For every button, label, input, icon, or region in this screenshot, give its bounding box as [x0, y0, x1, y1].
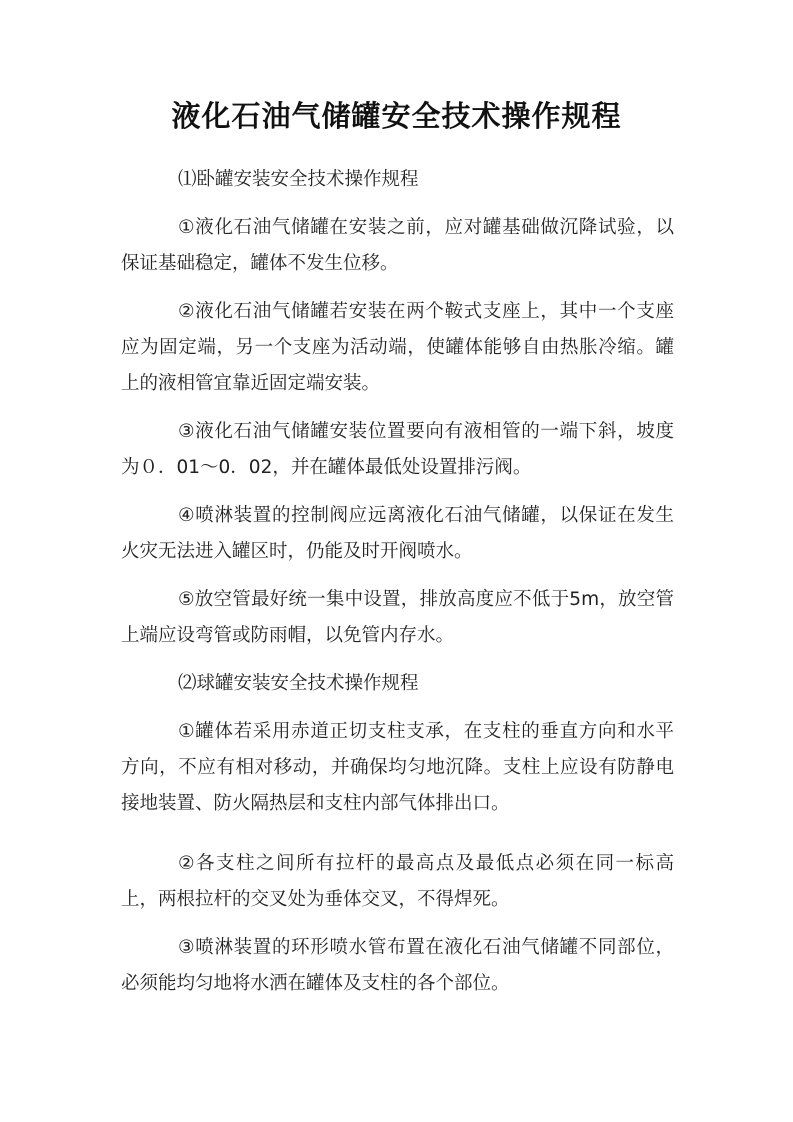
paragraph: ④喷淋装置的控制阀应远离液化石油气储罐，以保证在发生火灾无法进入罐区时，仍能及时…: [121, 498, 674, 570]
paragraph: ⑤放空管最好统一集中设置，排放高度应不低于5m，放空管上端应设弯管或防雨帽，以免…: [121, 582, 674, 654]
section-1-item-4: ④喷淋装置的控制阀应远离液化石油气储罐，以保证在发生火灾无法进入罐区时，仍能及时…: [121, 498, 674, 570]
document-page: 液化石油气储罐安全技术操作规程 ⑴卧罐安装安全技术操作规程 ①液化石油气储罐在安…: [0, 0, 793, 1122]
paragraph: ②液化石油气储罐若安装在两个鞍式支座上，其中一个支座应为固定端，另一个支座为活动…: [121, 294, 674, 402]
section-2-item-3: ③喷淋装置的环形喷水管布置在液化石油气储罐不同部位，必须能均匀地将水洒在罐体及支…: [121, 930, 674, 1002]
paragraph: ①罐体若采用赤道正切支柱支承，在支柱的垂直方向和水平方向，不应有相对移动，并确保…: [121, 714, 674, 822]
paragraph: ③液化石油气储罐安装位置要向有液相管的一端下斜，坡度为０．01～0．02，并在罐…: [121, 414, 674, 486]
section-1-item-2: ②液化石油气储罐若安装在两个鞍式支座上，其中一个支座应为固定端，另一个支座为活动…: [121, 294, 674, 402]
section-2-item-1: ①罐体若采用赤道正切支柱支承，在支柱的垂直方向和水平方向，不应有相对移动，并确保…: [121, 714, 674, 822]
paragraph: ②各支柱之间所有拉杆的最高点及最低点必须在同一标高上，两根拉杆的交叉处为垂体交叉…: [121, 846, 674, 918]
section-1-item-1: ①液化石油气储罐在安装之前，应对罐基础做沉降试验，以保证基础稳定，罐体不发生位移…: [121, 210, 674, 282]
section-1-item-5: ⑤放空管最好统一集中设置，排放高度应不低于5m，放空管上端应设弯管或防雨帽，以免…: [121, 582, 674, 654]
paragraph: ③喷淋装置的环形喷水管布置在液化石油气储罐不同部位，必须能均匀地将水洒在罐体及支…: [121, 930, 674, 1002]
section-heading: ⑴卧罐安装安全技术操作规程: [121, 162, 674, 198]
section-1-item-3: ③液化石油气储罐安装位置要向有液相管的一端下斜，坡度为０．01～0．02，并在罐…: [121, 414, 674, 486]
paragraph: ①液化石油气储罐在安装之前，应对罐基础做沉降试验，以保证基础稳定，罐体不发生位移…: [121, 210, 674, 282]
section-2-heading: ⑵球罐安装安全技术操作规程: [121, 666, 674, 702]
section-1-heading: ⑴卧罐安装安全技术操作规程: [121, 162, 674, 198]
section-2-item-2: ②各支柱之间所有拉杆的最高点及最低点必须在同一标高上，两根拉杆的交叉处为垂体交叉…: [121, 846, 674, 918]
section-heading: ⑵球罐安装安全技术操作规程: [121, 666, 674, 702]
document-title: 液化石油气储罐安全技术操作规程: [0, 96, 793, 136]
